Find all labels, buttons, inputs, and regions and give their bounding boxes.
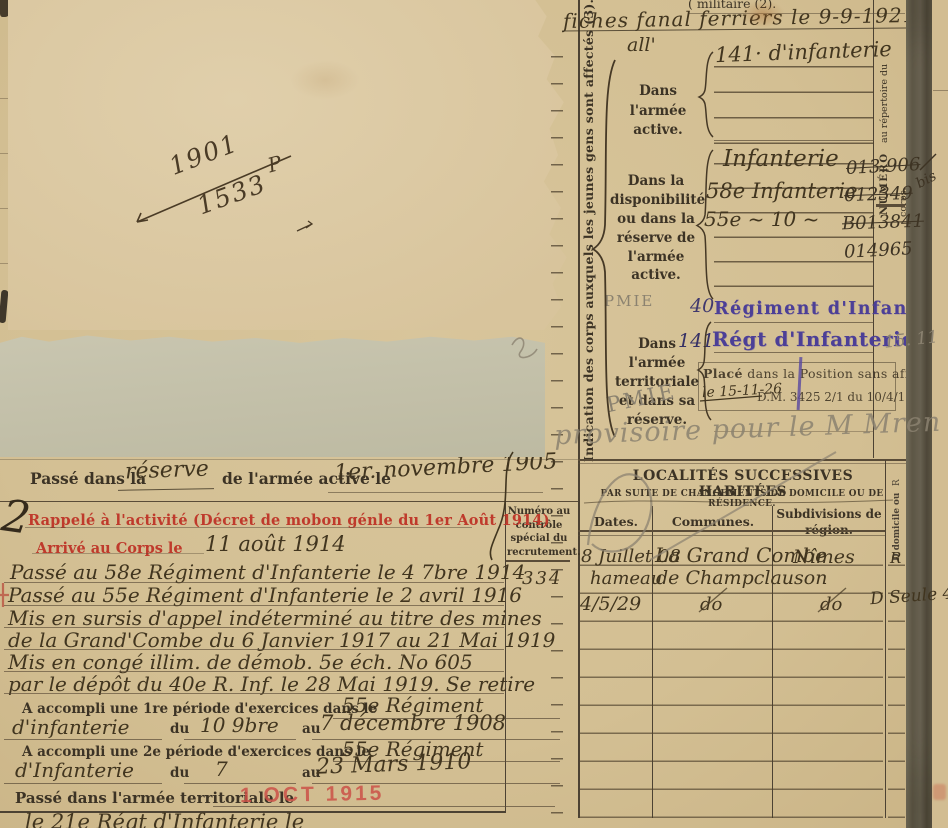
rule-line bbox=[25, 527, 472, 528]
table-row-1-subdiv: Nîmes bbox=[793, 546, 855, 568]
table-row-2-commune: de Champclauson bbox=[656, 567, 827, 589]
corps-side-caption: Indication des corps auxquels les jeunes… bbox=[581, 36, 603, 462]
blank-underline bbox=[184, 739, 296, 740]
service-line-2: Passé au 55e Régiment d'Infanterie le 2 … bbox=[8, 583, 522, 607]
col-header-communes: Communes. bbox=[654, 514, 772, 529]
page-edge-mark bbox=[0, 290, 8, 323]
all-note: all' bbox=[627, 34, 656, 56]
edge-line bbox=[0, 208, 9, 209]
ink-stain bbox=[740, 0, 785, 28]
reserve-line-value: réserve bbox=[125, 457, 210, 485]
edge-line bbox=[933, 90, 948, 91]
form-box-divider bbox=[505, 501, 506, 813]
blank-underline bbox=[213, 806, 555, 807]
section-armee-active-label: Dans l'armée active. bbox=[615, 82, 701, 141]
table-row-3-commune: do bbox=[700, 594, 722, 615]
position-stamp-ref: D.M. 3425 2/1 du 10/4/1926 bbox=[757, 390, 928, 404]
blank-underline bbox=[4, 783, 162, 784]
header-bottom-rule bbox=[578, 530, 885, 532]
col-header-subdivisions: Subdivisions de région. bbox=[774, 507, 884, 538]
matricule-number-1: 013.906 bbox=[846, 154, 921, 179]
pasted-paper bbox=[8, 0, 578, 330]
matricule-number-2: 012349 bbox=[844, 183, 913, 206]
matricule-number-3: B013841 bbox=[842, 211, 925, 235]
form-box-top bbox=[0, 501, 578, 502]
table-row-1-dr: R bbox=[890, 549, 901, 567]
col-header-dates: Dates. bbox=[580, 514, 652, 529]
period1-to: 7 décembre 1908 bbox=[320, 711, 506, 735]
brace-active bbox=[699, 52, 713, 137]
period1-du: du bbox=[170, 721, 189, 737]
table-row-3-subdiv: do bbox=[820, 594, 842, 615]
dispo-entry-2: 58e Infanterie bbox=[706, 179, 858, 203]
period2-to: 23 Mars 1910 bbox=[316, 749, 472, 779]
bottom-partial-handwriting: le 21e Régt d'Infanterie le bbox=[25, 810, 304, 828]
dispo-entry-1: Infanterie bbox=[723, 146, 839, 172]
grey-pasted-strip bbox=[0, 333, 545, 457]
position-stamp-bold: Placé bbox=[703, 366, 743, 381]
table-top-border bbox=[578, 459, 907, 461]
arrive-corps-label: Arrivé au Corps le bbox=[36, 540, 183, 557]
stamp-40-prefix: 40 bbox=[690, 295, 714, 317]
edge-line bbox=[0, 153, 9, 154]
dispo-entry-3: 55e ~ 10 ~ bbox=[704, 207, 819, 231]
edge-line bbox=[0, 263, 9, 264]
pencil-pmie-1: PMIE bbox=[604, 292, 654, 310]
service-line-1: Passé au 58e Régiment d'Infanterie le 4 … bbox=[10, 560, 525, 584]
paper-stain bbox=[290, 60, 360, 100]
period1-from: 10 9bre bbox=[200, 713, 279, 737]
table-row-3-date: 4/5/29 bbox=[580, 593, 641, 615]
rule-line bbox=[714, 352, 874, 353]
territoriale-date-stamp: 1 OCT 1915 bbox=[240, 782, 385, 809]
rule-line bbox=[32, 553, 204, 554]
position-stamp-rest: dans la Position sans affe bbox=[747, 366, 918, 381]
position-stamp-line1: Placé dans la Position sans affe bbox=[703, 366, 918, 381]
red-stamp-smudge bbox=[933, 784, 946, 800]
dr-row-lines bbox=[888, 538, 905, 819]
arrive-corps-value: 11 août 1914 bbox=[205, 532, 346, 556]
period1-hw2: d'infanterie bbox=[12, 715, 129, 739]
blank-underline bbox=[118, 488, 214, 491]
period2-hw2: d'Infanterie bbox=[15, 758, 134, 782]
rule-line bbox=[714, 322, 874, 323]
blank-underline bbox=[328, 492, 543, 493]
stamp-141-prefix: 141 bbox=[678, 330, 714, 352]
period2-from: 7 bbox=[215, 757, 228, 781]
localites-subtitle: PAR SUITE DE CHANGEMENTS DE DOMICILE OU … bbox=[592, 489, 892, 509]
scanned-military-record: ( militaire (2). fiches fanal ferriers l… bbox=[0, 0, 948, 828]
section-disponibilite-label: Dans la disponibilité ou dans la réserve… bbox=[610, 172, 702, 285]
header-bottom-rule-2 bbox=[578, 535, 885, 536]
table-top-border-2 bbox=[578, 463, 907, 464]
matricule-number-4: 014965 bbox=[843, 238, 913, 263]
period2-du: du bbox=[170, 765, 189, 781]
period1-au: au bbox=[302, 721, 321, 737]
table-row-2-date: hameau bbox=[590, 568, 662, 589]
edge-line bbox=[0, 98, 9, 99]
blank-underline bbox=[4, 739, 162, 740]
